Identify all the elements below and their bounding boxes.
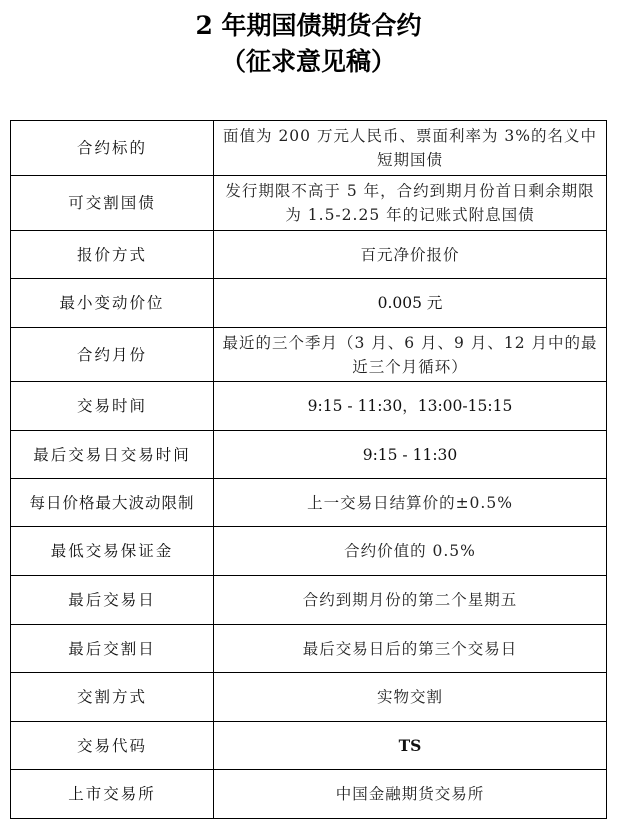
row-value: 百元净价报价 — [214, 231, 607, 279]
row-value: 9:15 - 11:30 — [214, 431, 607, 479]
table-row: 上市交易所 中国金融期货交易所 — [11, 770, 607, 819]
row-value: 最后交易日后的第三个交易日 — [214, 625, 607, 673]
row-value: 发行期限不高于 5 年，合约到期月份首日剩余期限为 1.5-2.25 年的记账式… — [214, 176, 607, 231]
row-value: 中国金融期货交易所 — [214, 770, 607, 819]
row-label: 最低交易保证金 — [11, 527, 214, 576]
row-label: 最后交易日 — [11, 576, 214, 625]
row-value: 9:15 - 11:30，13:00-15:15 — [214, 382, 607, 431]
row-label: 每日价格最大波动限制 — [11, 479, 214, 527]
row-label: 交割方式 — [11, 673, 214, 722]
table-row: 最后交易日 合约到期月份的第二个星期五 — [11, 576, 607, 625]
table-row: 每日价格最大波动限制 上一交易日结算价的±0.5% — [11, 479, 607, 527]
row-label: 最后交割日 — [11, 625, 214, 673]
table-row: 可交割国债 发行期限不高于 5 年，合约到期月份首日剩余期限为 1.5-2.25… — [11, 176, 607, 231]
row-value: 最近的三个季月（3 月、6 月、9 月、12 月中的最近三个月循环） — [214, 328, 607, 382]
table-row: 最低交易保证金 合约价值的 0.5% — [11, 527, 607, 576]
contract-spec-table: 合约标的 面值为 200 万元人民币、票面利率为 3%的名义中短期国债 可交割国… — [10, 120, 607, 819]
table-row: 合约标的 面值为 200 万元人民币、票面利率为 3%的名义中短期国债 — [11, 121, 607, 176]
table-row: 最小变动价位 0.005 元 — [11, 279, 607, 328]
table-row: 报价方式 百元净价报价 — [11, 231, 607, 279]
table-row: 交易时间 9:15 - 11:30，13:00-15:15 — [11, 382, 607, 431]
row-value: 实物交割 — [214, 673, 607, 722]
row-value: 合约价值的 0.5% — [214, 527, 607, 576]
row-label: 最小变动价位 — [11, 279, 214, 328]
row-value: 上一交易日结算价的±0.5% — [214, 479, 607, 527]
row-label: 上市交易所 — [11, 770, 214, 819]
table-row: 最后交割日 最后交易日后的第三个交易日 — [11, 625, 607, 673]
row-label: 交易时间 — [11, 382, 214, 431]
title-subtitle: （征求意见稿） — [0, 44, 617, 80]
row-label: 可交割国债 — [11, 176, 214, 231]
row-label: 交易代码 — [11, 722, 214, 770]
row-value: 面值为 200 万元人民币、票面利率为 3%的名义中短期国债 — [214, 121, 607, 176]
title-main: 2 年期国债期货合约 — [0, 8, 617, 44]
table-row: 最后交易日交易时间 9:15 - 11:30 — [11, 431, 607, 479]
table-row: 交割方式 实物交割 — [11, 673, 607, 722]
row-label: 最后交易日交易时间 — [11, 431, 214, 479]
row-value: TS — [214, 722, 607, 770]
document-title: 2 年期国债期货合约 （征求意见稿） — [0, 8, 617, 80]
table-row: 交易代码 TS — [11, 722, 607, 770]
table-row: 合约月份 最近的三个季月（3 月、6 月、9 月、12 月中的最近三个月循环） — [11, 328, 607, 382]
row-label: 合约月份 — [11, 328, 214, 382]
row-value: 合约到期月份的第二个星期五 — [214, 576, 607, 625]
row-label: 报价方式 — [11, 231, 214, 279]
row-value: 0.005 元 — [214, 279, 607, 328]
row-label: 合约标的 — [11, 121, 214, 176]
